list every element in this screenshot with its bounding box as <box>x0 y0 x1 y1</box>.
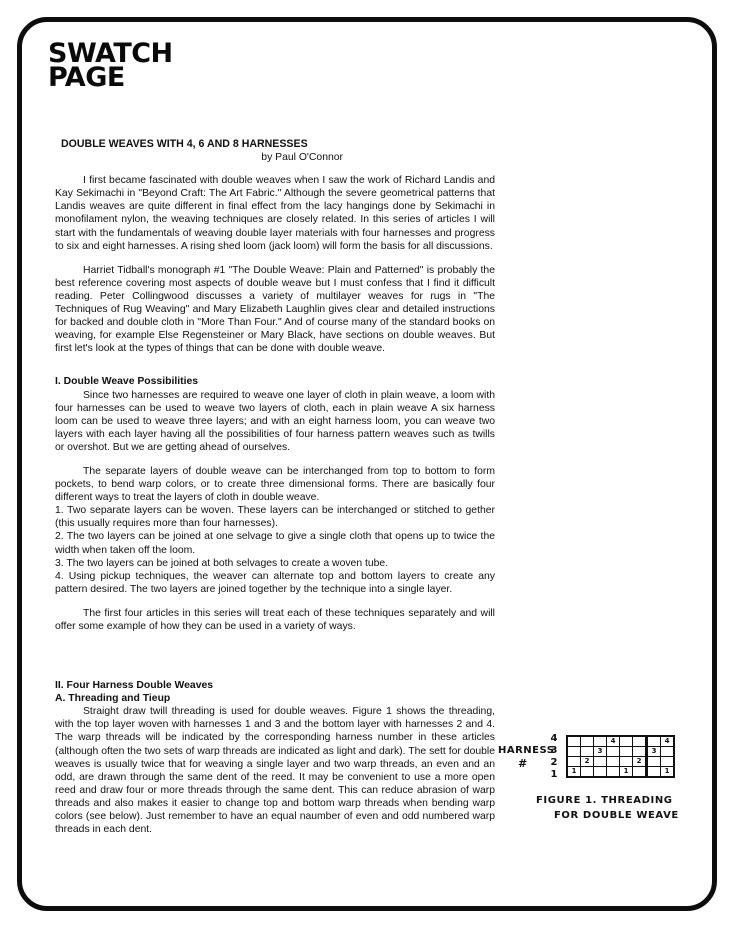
grid-cell <box>620 757 633 767</box>
row-number: 2 <box>548 757 560 769</box>
section-1-paragraph-1: Since two harnesses are required to weav… <box>55 389 495 454</box>
row-number: 1 <box>548 769 560 781</box>
grid-cell: 1 <box>620 767 633 778</box>
harness-label: HARNESS <box>498 745 554 756</box>
figure-caption-line-1: FIGURE 1. THREADING <box>536 793 679 808</box>
section-2-paragraph: Straight draw twill threading is used fo… <box>55 705 495 836</box>
grid-cell <box>594 757 607 767</box>
row-number: 4 <box>548 733 560 745</box>
section-1-heading: I. Double Weave Possibilities <box>55 375 495 388</box>
grid-cell <box>567 747 581 757</box>
harness-row-numbers: 4 3 2 1 <box>548 733 560 781</box>
grid-cell <box>607 757 620 767</box>
grid-cell: 3 <box>594 747 607 757</box>
article: DOUBLE WEAVES WITH 4, 6 AND 8 HARNESSES … <box>55 138 495 836</box>
grid-cell <box>594 767 607 778</box>
figure-1-threading-diagram: HARNESS # 4 3 2 1 4 4 3 3 2 <box>496 735 696 825</box>
grid-cell <box>607 747 620 757</box>
masthead-line-2: PAGE <box>48 66 173 90</box>
grid-cell <box>594 736 607 747</box>
grid-cell <box>581 747 594 757</box>
masthead: SWATCH PAGE <box>48 42 173 90</box>
intro-paragraph-2: Harriet Tidball's monograph #1 "The Doub… <box>55 264 495 356</box>
grid-cell <box>633 736 647 747</box>
section-1-paragraph-3: The first four articles in this series w… <box>55 607 495 633</box>
list-item-3: 3. The two layers can be joined at both … <box>55 557 495 570</box>
grid-cell: 2 <box>581 757 594 767</box>
grid-cell <box>661 747 675 757</box>
grid-cell <box>581 767 594 778</box>
article-byline: by Paul O'Connor <box>55 151 495 164</box>
grid-cell <box>620 747 633 757</box>
section-2-subheading: A. Threading and Tieup <box>55 692 495 705</box>
grid-cell <box>647 757 661 767</box>
grid-cell <box>647 736 661 747</box>
article-title: DOUBLE WEAVES WITH 4, 6 AND 8 HARNESSES <box>55 138 495 151</box>
grid-row-harness-3: 3 3 <box>567 747 674 757</box>
grid-cell <box>647 767 661 778</box>
grid-cell <box>567 757 581 767</box>
grid-row-harness-2: 2 2 <box>567 757 674 767</box>
grid-cell <box>607 767 620 778</box>
list-item-1: 1. Two separate layers can be woven. The… <box>55 504 495 530</box>
figure-caption: FIGURE 1. THREADING FOR DOUBLE WEAVE <box>536 793 679 823</box>
list-item-4: 4. Using pickup techniques, the weaver c… <box>55 570 495 596</box>
grid-cell <box>633 767 647 778</box>
threading-grid: 4 4 3 3 2 2 1 <box>566 735 675 778</box>
grid-cell: 1 <box>661 767 675 778</box>
grid-cell <box>567 736 581 747</box>
row-number: 3 <box>548 745 560 757</box>
section-2-heading: II. Four Harness Double Weaves <box>55 679 495 692</box>
grid-cell: 1 <box>567 767 581 778</box>
grid-cell <box>633 747 647 757</box>
intro-paragraph-1: I first became fascinated with double we… <box>55 174 495 253</box>
grid-row-harness-4: 4 4 <box>567 736 674 747</box>
harness-number-symbol: # <box>518 757 527 770</box>
figure-caption-line-2: FOR DOUBLE WEAVE <box>536 808 679 823</box>
grid-cell: 3 <box>647 747 661 757</box>
grid-cell: 4 <box>607 736 620 747</box>
grid-cell: 4 <box>661 736 675 747</box>
grid-row-harness-1: 1 1 1 <box>567 767 674 778</box>
list-item-2: 2. The two layers can be joined at one s… <box>55 530 495 556</box>
grid-cell: 2 <box>633 757 647 767</box>
section-1-paragraph-2: The separate layers of double weave can … <box>55 465 495 504</box>
grid-cell <box>581 736 594 747</box>
grid-cell <box>661 757 675 767</box>
grid-cell <box>620 736 633 747</box>
